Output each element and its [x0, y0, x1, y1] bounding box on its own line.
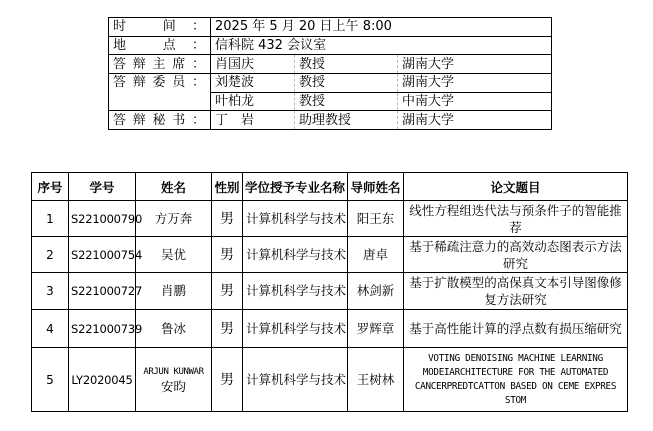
defense-student-table: 序号 学号 姓名 性别 学位授予专业名称 导师姓名 论文题目 1 S221000… — [31, 172, 628, 412]
header-thesis: 论文题目 — [404, 173, 628, 201]
secretary-org: 湖南大学 — [398, 111, 552, 130]
cell-major: 计算机科学与技术 — [243, 348, 348, 412]
cell-major: 计算机科学与技术 — [243, 237, 348, 273]
member-name: 叶柏龙 — [211, 92, 295, 111]
table-row: 5 LY2020045 ARJUN KUNWAR 安昀 男 计算机科学与技术 王… — [32, 348, 628, 412]
chair-title: 教授 — [295, 55, 398, 74]
cell-name: ARJUN KUNWAR 安昀 — [136, 348, 212, 412]
cell-thesis: 基于稀疏注意力的高效动态图表示方法研究 — [404, 237, 628, 273]
member-title: 教授 — [295, 92, 398, 111]
header-advisor: 导师姓名 — [348, 173, 404, 201]
cell-thesis: VOTING DENOISING MACHINE LEARNING MODEIA… — [404, 348, 628, 412]
cell-advisor: 王树林 — [348, 348, 404, 412]
chair-org: 湖南大学 — [398, 55, 552, 74]
info-row-member-1: 答辩委员： 刘楚波 教授 湖南大学 — [109, 74, 552, 93]
chair-name: 肖国庆 — [211, 55, 295, 74]
time-label: 时 间： — [109, 18, 211, 37]
table-row: 2 S221000754 吴优 男 计算机科学与技术 唐卓 基于稀疏注意力的高效… — [32, 237, 628, 273]
info-row-time: 时 间： 2025 年 5 月 20 日上午 8:00 — [109, 18, 552, 37]
table-header-row: 序号 学号 姓名 性别 学位授予专业名称 导师姓名 论文题目 — [32, 173, 628, 201]
member-org: 湖南大学 — [398, 74, 552, 93]
cell-advisor: 罗辉章 — [348, 310, 404, 348]
cell-no: 3 — [32, 273, 69, 310]
cell-thesis: 基于高性能计算的浮点数有损压缩研究 — [404, 310, 628, 348]
cell-advisor: 唐卓 — [348, 237, 404, 273]
cell-thesis: 线性方程组迭代法与预条件子的智能推荐 — [404, 201, 628, 237]
secretary-label: 答辩秘书： — [109, 111, 211, 130]
time-value: 2025 年 5 月 20 日上午 8:00 — [211, 18, 552, 37]
info-row-place: 地 点： 信科院 432 会议室 — [109, 36, 552, 55]
table-row: 1 S221000790 方万奔 男 计算机科学与技术 阳王东 线性方程组迭代法… — [32, 201, 628, 237]
cell-gender: 男 — [212, 310, 243, 348]
cell-major: 计算机科学与技术 — [243, 310, 348, 348]
cell-no: 2 — [32, 237, 69, 273]
cell-name-english: ARJUN KUNWAR — [138, 365, 209, 379]
header-major: 学位授予专业名称 — [243, 173, 348, 201]
header-gender: 性别 — [212, 173, 243, 201]
cell-name: 鲁冰 — [136, 310, 212, 348]
cell-gender: 男 — [212, 237, 243, 273]
cell-no: 4 — [32, 310, 69, 348]
chair-label: 答辩主席： — [109, 55, 211, 74]
cell-no: 1 — [32, 201, 69, 237]
members-label: 答辩委员： — [109, 74, 211, 111]
cell-gender: 男 — [212, 201, 243, 237]
secretary-title: 助理教授 — [295, 111, 398, 130]
cell-name-chinese: 安昀 — [138, 379, 209, 395]
cell-student-id: LY2020045 — [69, 348, 136, 412]
cell-thesis: 基于扩散模型的高保真文本引导图像修复方法研究 — [404, 273, 628, 310]
info-row-secretary: 答辩秘书： 丁 岩 助理教授 湖南大学 — [109, 111, 552, 130]
cell-gender: 男 — [212, 348, 243, 412]
secretary-name: 丁 岩 — [211, 111, 295, 130]
cell-name: 吴优 — [136, 237, 212, 273]
table-row: 4 S221000739 鲁冰 男 计算机科学与技术 罗辉章 基于高性能计算的浮… — [32, 310, 628, 348]
cell-name: 方万奔 — [136, 201, 212, 237]
header-name: 姓名 — [136, 173, 212, 201]
cell-major: 计算机科学与技术 — [243, 201, 348, 237]
defense-info-table: 时 间： 2025 年 5 月 20 日上午 8:00 地 点： 信科院 432… — [108, 17, 552, 130]
info-row-chair: 答辩主席： 肖国庆 教授 湖南大学 — [109, 55, 552, 74]
member-title: 教授 — [295, 74, 398, 93]
table-row: 3 S221000727 肖鹏 男 计算机科学与技术 林剑新 基于扩散模型的高保… — [32, 273, 628, 310]
place-label: 地 点： — [109, 36, 211, 55]
cell-student-id: S221000790 — [69, 201, 136, 237]
cell-advisor: 林剑新 — [348, 273, 404, 310]
member-name: 刘楚波 — [211, 74, 295, 93]
cell-student-id: S221000754 — [69, 237, 136, 273]
cell-name: 肖鹏 — [136, 273, 212, 310]
cell-advisor: 阳王东 — [348, 201, 404, 237]
cell-student-id: S221000739 — [69, 310, 136, 348]
header-student-id: 学号 — [69, 173, 136, 201]
place-value: 信科院 432 会议室 — [211, 36, 552, 55]
cell-gender: 男 — [212, 273, 243, 310]
member-org: 中南大学 — [398, 92, 552, 111]
header-no: 序号 — [32, 173, 69, 201]
cell-major: 计算机科学与技术 — [243, 273, 348, 310]
cell-student-id: S221000727 — [69, 273, 136, 310]
cell-no: 5 — [32, 348, 69, 412]
